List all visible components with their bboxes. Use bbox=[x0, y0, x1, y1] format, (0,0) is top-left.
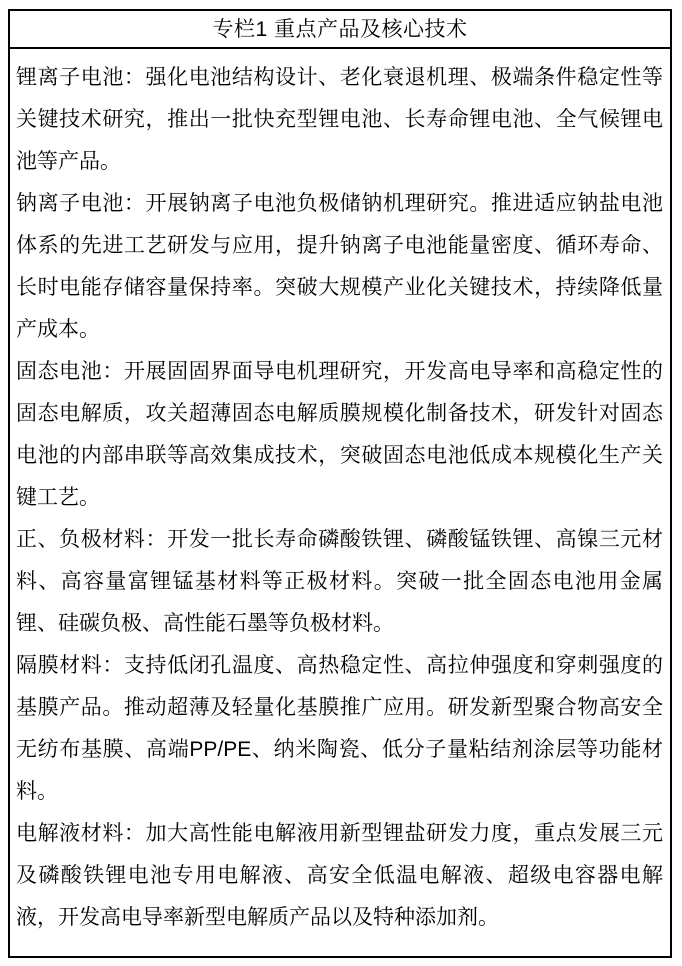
section-label: 电解液材料： bbox=[16, 822, 146, 845]
section-paragraph-electrolyte-materials: 电解液材料：加大高性能电解液用新型锂盐研发力度，重点发展三元及磷酸铁锂电池专用电… bbox=[16, 813, 663, 939]
section-label: 固态电池： bbox=[16, 360, 124, 383]
section-paragraph-electrode-materials: 正、负极材料：开发一批长寿命磷酸铁锂、磷酸锰铁锂、高镍三元材料、高容量富锂锰基材… bbox=[16, 519, 663, 645]
document-page: 专栏1 重点产品及核心技术 锂离子电池：强化电池结构设计、老化衰退机理、极端条件… bbox=[0, 0, 682, 966]
section-paragraph-sodium-ion: 钠离子电池：开展钠离子电池负极储钠机理研究。推进适应钠盐电池体系的先进工艺研发与… bbox=[16, 183, 663, 351]
section-label: 正、负极材料： bbox=[16, 528, 167, 551]
callout-box: 专栏1 重点产品及核心技术 锂离子电池：强化电池结构设计、老化衰退机理、极端条件… bbox=[8, 9, 672, 958]
section-label: 钠离子电池： bbox=[16, 192, 146, 215]
section-paragraph-separator-materials: 隔膜材料：支持低闭孔温度、高热稳定性、高拉伸强度和穿刺强度的基膜产品。推动超薄及… bbox=[16, 645, 663, 813]
box-content: 锂离子电池：强化电池结构设计、老化衰退机理、极端条件稳定性等关键技术研究，推出一… bbox=[10, 49, 670, 939]
section-label: 隔膜材料： bbox=[16, 654, 124, 677]
section-label: 锂离子电池： bbox=[16, 66, 146, 89]
box-title: 专栏1 重点产品及核心技术 bbox=[10, 11, 670, 49]
section-paragraph-lithium-ion: 锂离子电池：强化电池结构设计、老化衰退机理、极端条件稳定性等关键技术研究，推出一… bbox=[16, 57, 663, 183]
section-paragraph-solid-state: 固态电池：开展固固界面导电机理研究，开发高电导率和高稳定性的固态电解质，攻关超薄… bbox=[16, 351, 663, 519]
